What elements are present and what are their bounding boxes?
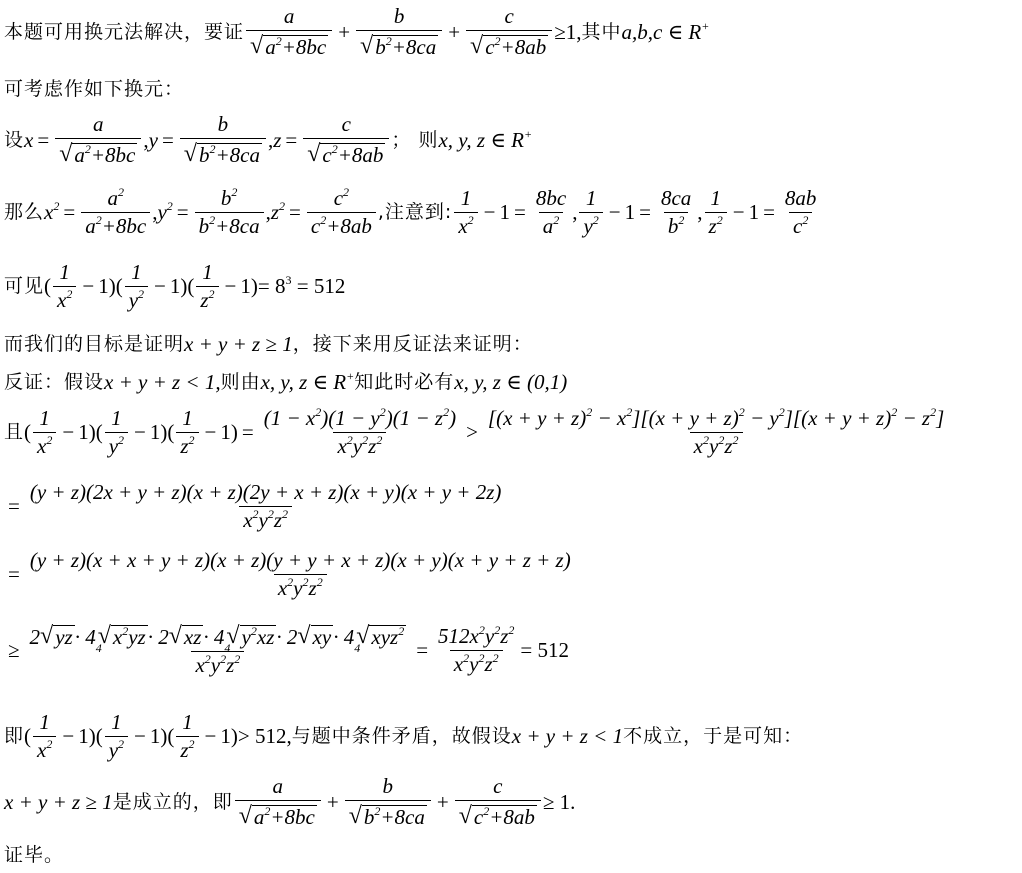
math-expression: x + y + z ≥ 1 bbox=[4, 792, 113, 813]
square-root: √a2+8bc bbox=[239, 804, 317, 828]
square-root: √b2+8ca bbox=[349, 804, 427, 828]
math-expression: yz bbox=[55, 625, 73, 649]
math-expression: c2 bbox=[793, 214, 808, 238]
numerator: 1 bbox=[457, 188, 476, 212]
paren: ( bbox=[167, 422, 174, 443]
paren: 1) bbox=[240, 276, 258, 297]
denominator: b2+8ca bbox=[195, 212, 264, 237]
one: 1 bbox=[625, 202, 636, 223]
fraction: a√a2+8bc bbox=[235, 776, 321, 828]
denominator: y2 bbox=[105, 736, 128, 761]
paren: ( bbox=[96, 726, 103, 747]
denominator: √c2+8ab bbox=[455, 800, 541, 828]
math-expression: y2 bbox=[157, 202, 172, 223]
operator: = bbox=[162, 130, 174, 151]
radical-sign: √ bbox=[169, 624, 182, 648]
operator: = bbox=[639, 202, 651, 223]
chinese-text: 可见 bbox=[4, 277, 44, 296]
radicand: a2+8bc bbox=[252, 805, 317, 828]
math-expression: z2 bbox=[180, 738, 194, 762]
operator: − bbox=[62, 422, 74, 443]
operator: − bbox=[134, 726, 146, 747]
numerator: (1 − x2)(1 − y2)(1 − z2) bbox=[260, 408, 460, 432]
denominator: √b2+8ca bbox=[345, 800, 431, 828]
one: 1 bbox=[586, 186, 597, 210]
math-expression: xyz2 bbox=[371, 625, 404, 649]
numerator: (y + z)(2x + y + z)(x + z)(2y + x + z)(x… bbox=[26, 482, 506, 506]
math-expression: b2+8ca bbox=[364, 805, 425, 829]
denominator: c2 bbox=[789, 212, 812, 237]
operator: − bbox=[484, 202, 496, 223]
line-and: 且(1x2−1)(1y2−1)(1z2−1)=(1 − x2)(1 − y2)(… bbox=[4, 408, 950, 457]
chinese-text: 本题可用换元法解决，要证 bbox=[4, 23, 244, 42]
chinese-text: 即 bbox=[4, 727, 24, 746]
reciprocal-fraction: 1x2 bbox=[53, 262, 76, 311]
radicand: xz bbox=[182, 625, 204, 648]
one: 1 bbox=[131, 260, 142, 284]
operator: − bbox=[62, 726, 74, 747]
math-expression: xz bbox=[184, 625, 202, 649]
numerator: 1 bbox=[35, 408, 54, 432]
coefficient: · 2 bbox=[276, 627, 297, 648]
radical-sign: √ bbox=[226, 624, 239, 648]
math: > 512, bbox=[238, 726, 292, 747]
one: 1 bbox=[182, 406, 193, 430]
math-expression: a bbox=[93, 112, 104, 136]
fraction: b√b2+8ca bbox=[345, 776, 431, 828]
denominator: y2 bbox=[125, 286, 148, 311]
radicand: xyz2 bbox=[369, 625, 406, 648]
comma: , bbox=[697, 202, 702, 223]
operator: − bbox=[225, 276, 237, 297]
fraction: c√c2+8ab bbox=[303, 114, 389, 166]
fraction: b2b2+8ca bbox=[195, 188, 264, 237]
numerator: b2 bbox=[217, 188, 242, 212]
line-ineq: ≥2 √yz· 4 4√x2yz· 2 √xz· 4 4√y2xz· 2 √xy… bbox=[4, 624, 569, 676]
square-root: 4√y2xz bbox=[224, 624, 276, 648]
reciprocal-fraction: 1z2 bbox=[176, 712, 198, 761]
math-expression: 8bc bbox=[536, 186, 566, 210]
math-expression: x + y + z ≥ 1 bbox=[184, 334, 293, 355]
square-root: 4√xyz2 bbox=[354, 624, 406, 648]
denominator: √b2+8ca bbox=[180, 138, 266, 166]
square-root: √a2+8bc bbox=[250, 34, 328, 58]
math-expression: z2 bbox=[709, 214, 723, 238]
numerator: a bbox=[89, 114, 108, 138]
math-expression: a2+8bc bbox=[85, 214, 146, 238]
denominator: √a2+8bc bbox=[235, 800, 321, 828]
paren: 1) bbox=[220, 726, 238, 747]
fraction: (y + z)(x + x + y + z)(x + z)(y + y + x … bbox=[26, 550, 575, 599]
math-expression: a,b,c ∈ R+ bbox=[622, 22, 710, 43]
line-consider: 可考虑作如下换元： bbox=[4, 80, 184, 99]
result: = 512 bbox=[520, 640, 569, 661]
math-expression: 512x2y2z2 bbox=[438, 624, 514, 648]
denominator: x2y2z2 bbox=[333, 432, 386, 457]
denominator: z2 bbox=[196, 286, 218, 311]
fraction: 512x2y2z2x2y2z2 bbox=[434, 626, 518, 675]
operator: − bbox=[82, 276, 94, 297]
operator: = bbox=[63, 202, 75, 223]
reciprocal-fraction: 1y2 bbox=[105, 712, 128, 761]
numerator: 1 bbox=[198, 262, 217, 286]
math-expression: x2 bbox=[458, 214, 473, 238]
operator: − bbox=[154, 276, 166, 297]
fraction: 1x2 bbox=[454, 188, 477, 237]
math-expression: c bbox=[504, 4, 513, 28]
one: 1 bbox=[39, 406, 50, 430]
one: 1 bbox=[39, 710, 50, 734]
math-expression: b2 bbox=[668, 214, 685, 238]
numerator: a2 bbox=[103, 188, 128, 212]
radical-sign: √ bbox=[349, 804, 362, 828]
fraction: 8cab2 bbox=[657, 188, 695, 237]
fraction: 1y2 bbox=[579, 188, 602, 237]
radicand: xy bbox=[311, 625, 334, 648]
math-expression: x2 bbox=[44, 202, 59, 223]
line-eq2: =(y + z)(x + x + y + z)(x + z)(y + y + x… bbox=[4, 550, 577, 599]
numerator: 1 bbox=[55, 262, 74, 286]
chinese-text: 则由 bbox=[221, 373, 261, 392]
fraction: a√a2+8bc bbox=[55, 114, 141, 166]
numerator: c bbox=[500, 6, 517, 30]
denominator: x2y2z2 bbox=[191, 651, 244, 676]
math-expression: b2 bbox=[221, 186, 238, 210]
denominator: y2 bbox=[579, 212, 602, 237]
square-root: √yz bbox=[40, 624, 75, 648]
radical-sign: √ bbox=[297, 624, 310, 648]
numerator: c2 bbox=[330, 188, 353, 212]
math-expression: c2+8ab bbox=[322, 143, 383, 167]
math-expression: b2+8ca bbox=[199, 214, 260, 238]
chinese-text: 而我们的目标是证明 bbox=[4, 335, 184, 354]
denominator: √c2+8ab bbox=[303, 138, 389, 166]
numerator: b bbox=[390, 6, 409, 30]
math-expression: (y + z)(x + x + y + z)(x + z)(y + y + x … bbox=[30, 548, 571, 572]
denominator: b2 bbox=[664, 212, 689, 237]
fraction: a√a2+8bc bbox=[246, 6, 332, 58]
math-expression: b bbox=[394, 4, 405, 28]
math-expression: (1 − x2)(1 − y2)(1 − z2) bbox=[264, 406, 456, 430]
paren: ( bbox=[187, 276, 194, 297]
one: 1 bbox=[111, 710, 122, 734]
operator: ≥ bbox=[8, 640, 20, 661]
math-expression: x2y2z2 bbox=[278, 576, 323, 600]
paren: ( bbox=[96, 422, 103, 443]
numerator: 8bc bbox=[532, 188, 570, 212]
math-expression: c2 bbox=[334, 186, 349, 210]
line-intro: 本题可用换元法解决，要证a√a2+8bc+b√b2+8ca+c√c2+8ab≥1… bbox=[4, 6, 709, 58]
fraction: (1 − x2)(1 − y2)(1 − z2)x2y2z2 bbox=[260, 408, 460, 457]
math-expression: x2y2z2 bbox=[337, 434, 382, 458]
numerator: 1 bbox=[178, 712, 197, 736]
radical-sign: √ bbox=[307, 142, 320, 166]
denominator: a2+8bc bbox=[81, 212, 150, 237]
line-squares: 那么x2=a2a2+8bc,y2=b2b2+8ca,z2=c2c2+8ab,注意… bbox=[4, 188, 822, 237]
coefficient: · 4 bbox=[75, 627, 96, 648]
operator: = bbox=[8, 496, 20, 517]
square-root: 4√x2yz bbox=[96, 624, 148, 648]
reciprocal-fraction: 1x2 bbox=[33, 712, 56, 761]
numerator: 1 bbox=[107, 408, 126, 432]
one: 1 bbox=[461, 186, 472, 210]
fraction: 2 √yz· 4 4√x2yz· 2 √xz· 4 4√y2xz· 2 √xy·… bbox=[26, 624, 411, 676]
line-assume: 反证：假设x + y + z < 1,则由x, y, z ∈ R+知此时必有x,… bbox=[4, 372, 567, 393]
radicand: x2yz bbox=[111, 625, 148, 648]
denominator: x2y2z2 bbox=[274, 574, 327, 599]
math-expression: a2+8bc bbox=[265, 35, 326, 59]
numerator: 8ca bbox=[657, 188, 695, 212]
radical-sign: √ bbox=[40, 624, 53, 648]
math-expression: x2 bbox=[57, 288, 72, 312]
denominator: x2 bbox=[33, 736, 56, 761]
chinese-text: 是成立的，即 bbox=[113, 793, 233, 812]
radicand: b2+8ca bbox=[373, 35, 438, 58]
chinese-text: 不成立，于是可知： bbox=[623, 727, 803, 746]
math-expression: z2 bbox=[200, 288, 214, 312]
line-goal: 而我们的目标是证明x + y + z ≥ 1，接下来用反证法来证明： bbox=[4, 334, 533, 355]
operator: = bbox=[416, 640, 428, 661]
math-expression: xy bbox=[313, 625, 332, 649]
math-expression: y2 bbox=[109, 434, 124, 458]
denominator: y2 bbox=[105, 432, 128, 457]
radical-sign: √ bbox=[250, 34, 263, 58]
math-expression: y bbox=[149, 130, 158, 151]
denominator: √c2+8ab bbox=[466, 30, 552, 58]
reciprocal-fraction: 1z2 bbox=[196, 262, 218, 311]
math-expression: z bbox=[273, 130, 281, 151]
fraction: (y + z)(2x + y + z)(x + z)(2y + x + z)(x… bbox=[26, 482, 506, 531]
math-expression: x + y + z < 1 bbox=[512, 726, 623, 747]
fraction: a2a2+8bc bbox=[81, 188, 150, 237]
math-expression: x, y, z ∈ R+ bbox=[438, 130, 532, 151]
numerator: 1 bbox=[582, 188, 601, 212]
fraction: c2c2+8ab bbox=[307, 188, 376, 237]
chinese-text: ,注意到: bbox=[378, 203, 452, 222]
math-expression: a2 bbox=[543, 214, 560, 238]
math-expression: x, y, z ∈ R+ bbox=[261, 372, 355, 393]
numerator: b bbox=[214, 114, 233, 138]
operator: > bbox=[466, 422, 478, 443]
coefficient: · 2 bbox=[148, 627, 169, 648]
radical-sign: √ bbox=[239, 804, 252, 828]
fraction: b√b2+8ca bbox=[356, 6, 442, 58]
square-root: √b2+8ca bbox=[360, 34, 438, 58]
paren: ( bbox=[24, 726, 31, 747]
math-expression: a bbox=[284, 4, 295, 28]
square-root: √b2+8ca bbox=[184, 142, 262, 166]
denominator: z2 bbox=[176, 432, 198, 457]
math-expression: y2 bbox=[129, 288, 144, 312]
line-qed: 证毕。 bbox=[4, 846, 64, 865]
chinese-text: ； 则 bbox=[391, 131, 438, 150]
operator: − bbox=[205, 726, 217, 747]
math-expression: [(x + y + z)2 − x2][(x + y + z)2 − y2][(… bbox=[488, 406, 944, 430]
comma: , bbox=[572, 202, 577, 223]
chinese-text: 可考虑作如下换元： bbox=[4, 80, 184, 99]
math: ≥ 1. bbox=[543, 792, 576, 813]
math-expression: a2 bbox=[107, 186, 124, 210]
math-expression: x2y2z2 bbox=[694, 434, 739, 458]
numerator: c bbox=[489, 776, 506, 800]
numerator: 1 bbox=[127, 262, 146, 286]
math-expression: c2+8ab bbox=[485, 35, 546, 59]
line-conclusion: x + y + z ≥ 1是成立的，即a√a2+8bc+b√b2+8ca+c√c… bbox=[4, 776, 575, 828]
operator: − bbox=[134, 422, 146, 443]
operator: + bbox=[437, 792, 449, 813]
math-expression: a bbox=[273, 774, 284, 798]
denominator: z2 bbox=[705, 212, 727, 237]
operator: + bbox=[338, 22, 350, 43]
radical-sign: √ bbox=[459, 804, 472, 828]
radical-sign: √ bbox=[360, 34, 373, 58]
math-expression: y2 bbox=[109, 738, 124, 762]
math-expression: c bbox=[493, 774, 502, 798]
paren: 1) bbox=[220, 422, 238, 443]
denominator: x2y2z2 bbox=[239, 506, 292, 531]
radical-sign: √ bbox=[470, 34, 483, 58]
square-root: √xz bbox=[169, 624, 204, 648]
denominator: √a2+8bc bbox=[246, 30, 332, 58]
radicand: a2+8bc bbox=[72, 143, 137, 166]
math-expression: x2 bbox=[37, 434, 52, 458]
radicand: yz bbox=[53, 625, 75, 648]
reciprocal-fraction: 1y2 bbox=[105, 408, 128, 457]
math-expression: b2+8ca bbox=[199, 143, 260, 167]
operator: = bbox=[8, 564, 20, 585]
denominator: x2 bbox=[53, 286, 76, 311]
math-expression: b bbox=[383, 774, 394, 798]
numerator: a bbox=[269, 776, 288, 800]
fraction: 1z2 bbox=[705, 188, 727, 237]
denominator: c2+8ab bbox=[307, 212, 376, 237]
operator: = bbox=[285, 130, 297, 151]
numerator: (y + z)(x + x + y + z)(x + z)(y + y + x … bbox=[26, 550, 575, 574]
math-expression: x2y2z2 bbox=[243, 508, 288, 532]
math-expression: x bbox=[24, 130, 33, 151]
numerator: b bbox=[379, 776, 398, 800]
math-expression: b2+8ca bbox=[375, 35, 436, 59]
fraction: 8bca2 bbox=[532, 188, 570, 237]
chinese-text: 证毕。 bbox=[4, 846, 64, 865]
line-product: 可见(1x2−1)(1y2−1)(1z2−1) = 83 = 512 bbox=[4, 262, 345, 311]
math-expression: x, y, z ∈ (0,1) bbox=[454, 372, 567, 393]
denominator: x2 bbox=[454, 212, 477, 237]
math-expression: c2+8ab bbox=[311, 214, 372, 238]
math-expression: x2yz bbox=[113, 625, 146, 649]
denominator: √b2+8ca bbox=[356, 30, 442, 58]
numerator: c bbox=[338, 114, 355, 138]
paren: 1) bbox=[78, 422, 96, 443]
math-expression: 8ca bbox=[661, 186, 691, 210]
square-root: √c2+8ab bbox=[307, 142, 385, 166]
numerator: 2 √yz· 4 4√x2yz· 2 √xz· 4 4√y2xz· 2 √xy·… bbox=[26, 624, 411, 651]
denominator: x2 bbox=[33, 432, 56, 457]
line-substitution: 设x=a√a2+8bc,y=b√b2+8ca,z=c√c2+8ab； 则x, y… bbox=[4, 114, 532, 166]
paren: ( bbox=[116, 276, 123, 297]
reciprocal-fraction: 1z2 bbox=[176, 408, 198, 457]
operator: = bbox=[289, 202, 301, 223]
one: 1 bbox=[749, 202, 760, 223]
paren: ( bbox=[167, 726, 174, 747]
reciprocal-fraction: 1x2 bbox=[33, 408, 56, 457]
chinese-text: ，接下来用反证法来证明： bbox=[293, 335, 533, 354]
fraction: b√b2+8ca bbox=[180, 114, 266, 166]
math: ≥1, bbox=[554, 22, 581, 43]
result: = 83 = 512 bbox=[258, 276, 345, 297]
fraction: c√c2+8ab bbox=[466, 6, 552, 58]
one: 1 bbox=[111, 406, 122, 430]
one: 1 bbox=[182, 710, 193, 734]
operator: + bbox=[327, 792, 339, 813]
paren: ( bbox=[24, 422, 31, 443]
operator: − bbox=[609, 202, 621, 223]
square-root: √c2+8ab bbox=[470, 34, 548, 58]
radical-sign: √ bbox=[356, 624, 369, 648]
paren: 1) bbox=[98, 276, 116, 297]
denominator: a2 bbox=[539, 212, 564, 237]
numerator: [(x + y + z)2 − x2][(x + y + z)2 − y2][(… bbox=[484, 408, 948, 432]
radicand: c2+8ab bbox=[320, 143, 385, 166]
radicand: b2+8ca bbox=[362, 805, 427, 828]
operator: − bbox=[733, 202, 745, 223]
operator: = bbox=[763, 202, 775, 223]
fraction: [(x + y + z)2 − x2][(x + y + z)2 − y2][(… bbox=[484, 408, 948, 457]
math-expression: c2+8ab bbox=[474, 805, 535, 829]
coefficient: · 4 bbox=[203, 627, 224, 648]
one: 1 bbox=[202, 260, 213, 284]
coefficient: · 4 bbox=[333, 627, 354, 648]
operator: = bbox=[514, 202, 526, 223]
operator: = bbox=[177, 202, 189, 223]
numerator: 1 bbox=[178, 408, 197, 432]
square-root: √xy bbox=[297, 624, 333, 648]
math-expression: x2 bbox=[37, 738, 52, 762]
math-expression: z2 bbox=[271, 202, 285, 223]
fraction: 8abc2 bbox=[781, 188, 821, 237]
numerator: 512x2y2z2 bbox=[434, 626, 518, 650]
line-eq1: =(y + z)(2x + y + z)(x + z)(2y + x + z)(… bbox=[4, 482, 507, 531]
denominator: z2 bbox=[176, 736, 198, 761]
operator: = bbox=[242, 422, 254, 443]
numerator: a bbox=[280, 6, 299, 30]
chinese-text: 且 bbox=[4, 423, 24, 442]
operator: + bbox=[448, 22, 460, 43]
reciprocal-fraction: 1y2 bbox=[125, 262, 148, 311]
coefficient: 2 bbox=[30, 627, 41, 648]
radicand: a2+8bc bbox=[263, 35, 328, 58]
line-therefore: 即(1x2−1)(1y2−1)(1z2−1) > 512,与题中条件矛盾，故假设… bbox=[4, 712, 803, 761]
chinese-text: 知此时必有 bbox=[354, 373, 454, 392]
operator: − bbox=[205, 422, 217, 443]
denominator: √a2+8bc bbox=[55, 138, 141, 166]
radical-sign: √ bbox=[59, 142, 72, 166]
math-expression: y2 bbox=[583, 214, 598, 238]
numerator: 1 bbox=[35, 712, 54, 736]
chinese-text: 设 bbox=[4, 131, 24, 150]
math-expression: a2+8bc bbox=[74, 143, 135, 167]
radicand: b2+8ca bbox=[197, 143, 262, 166]
radical-sign: √ bbox=[184, 142, 197, 166]
square-root: √a2+8bc bbox=[59, 142, 137, 166]
paren: ( bbox=[44, 276, 51, 297]
math-expression: (y + z)(2x + y + z)(x + z)(2y + x + z)(x… bbox=[30, 480, 502, 504]
math-expression: a2+8bc bbox=[254, 805, 315, 829]
paren: 1) bbox=[78, 726, 96, 747]
radicand: c2+8ab bbox=[472, 805, 537, 828]
square-root: √c2+8ab bbox=[459, 804, 537, 828]
one: 1 bbox=[59, 260, 70, 284]
